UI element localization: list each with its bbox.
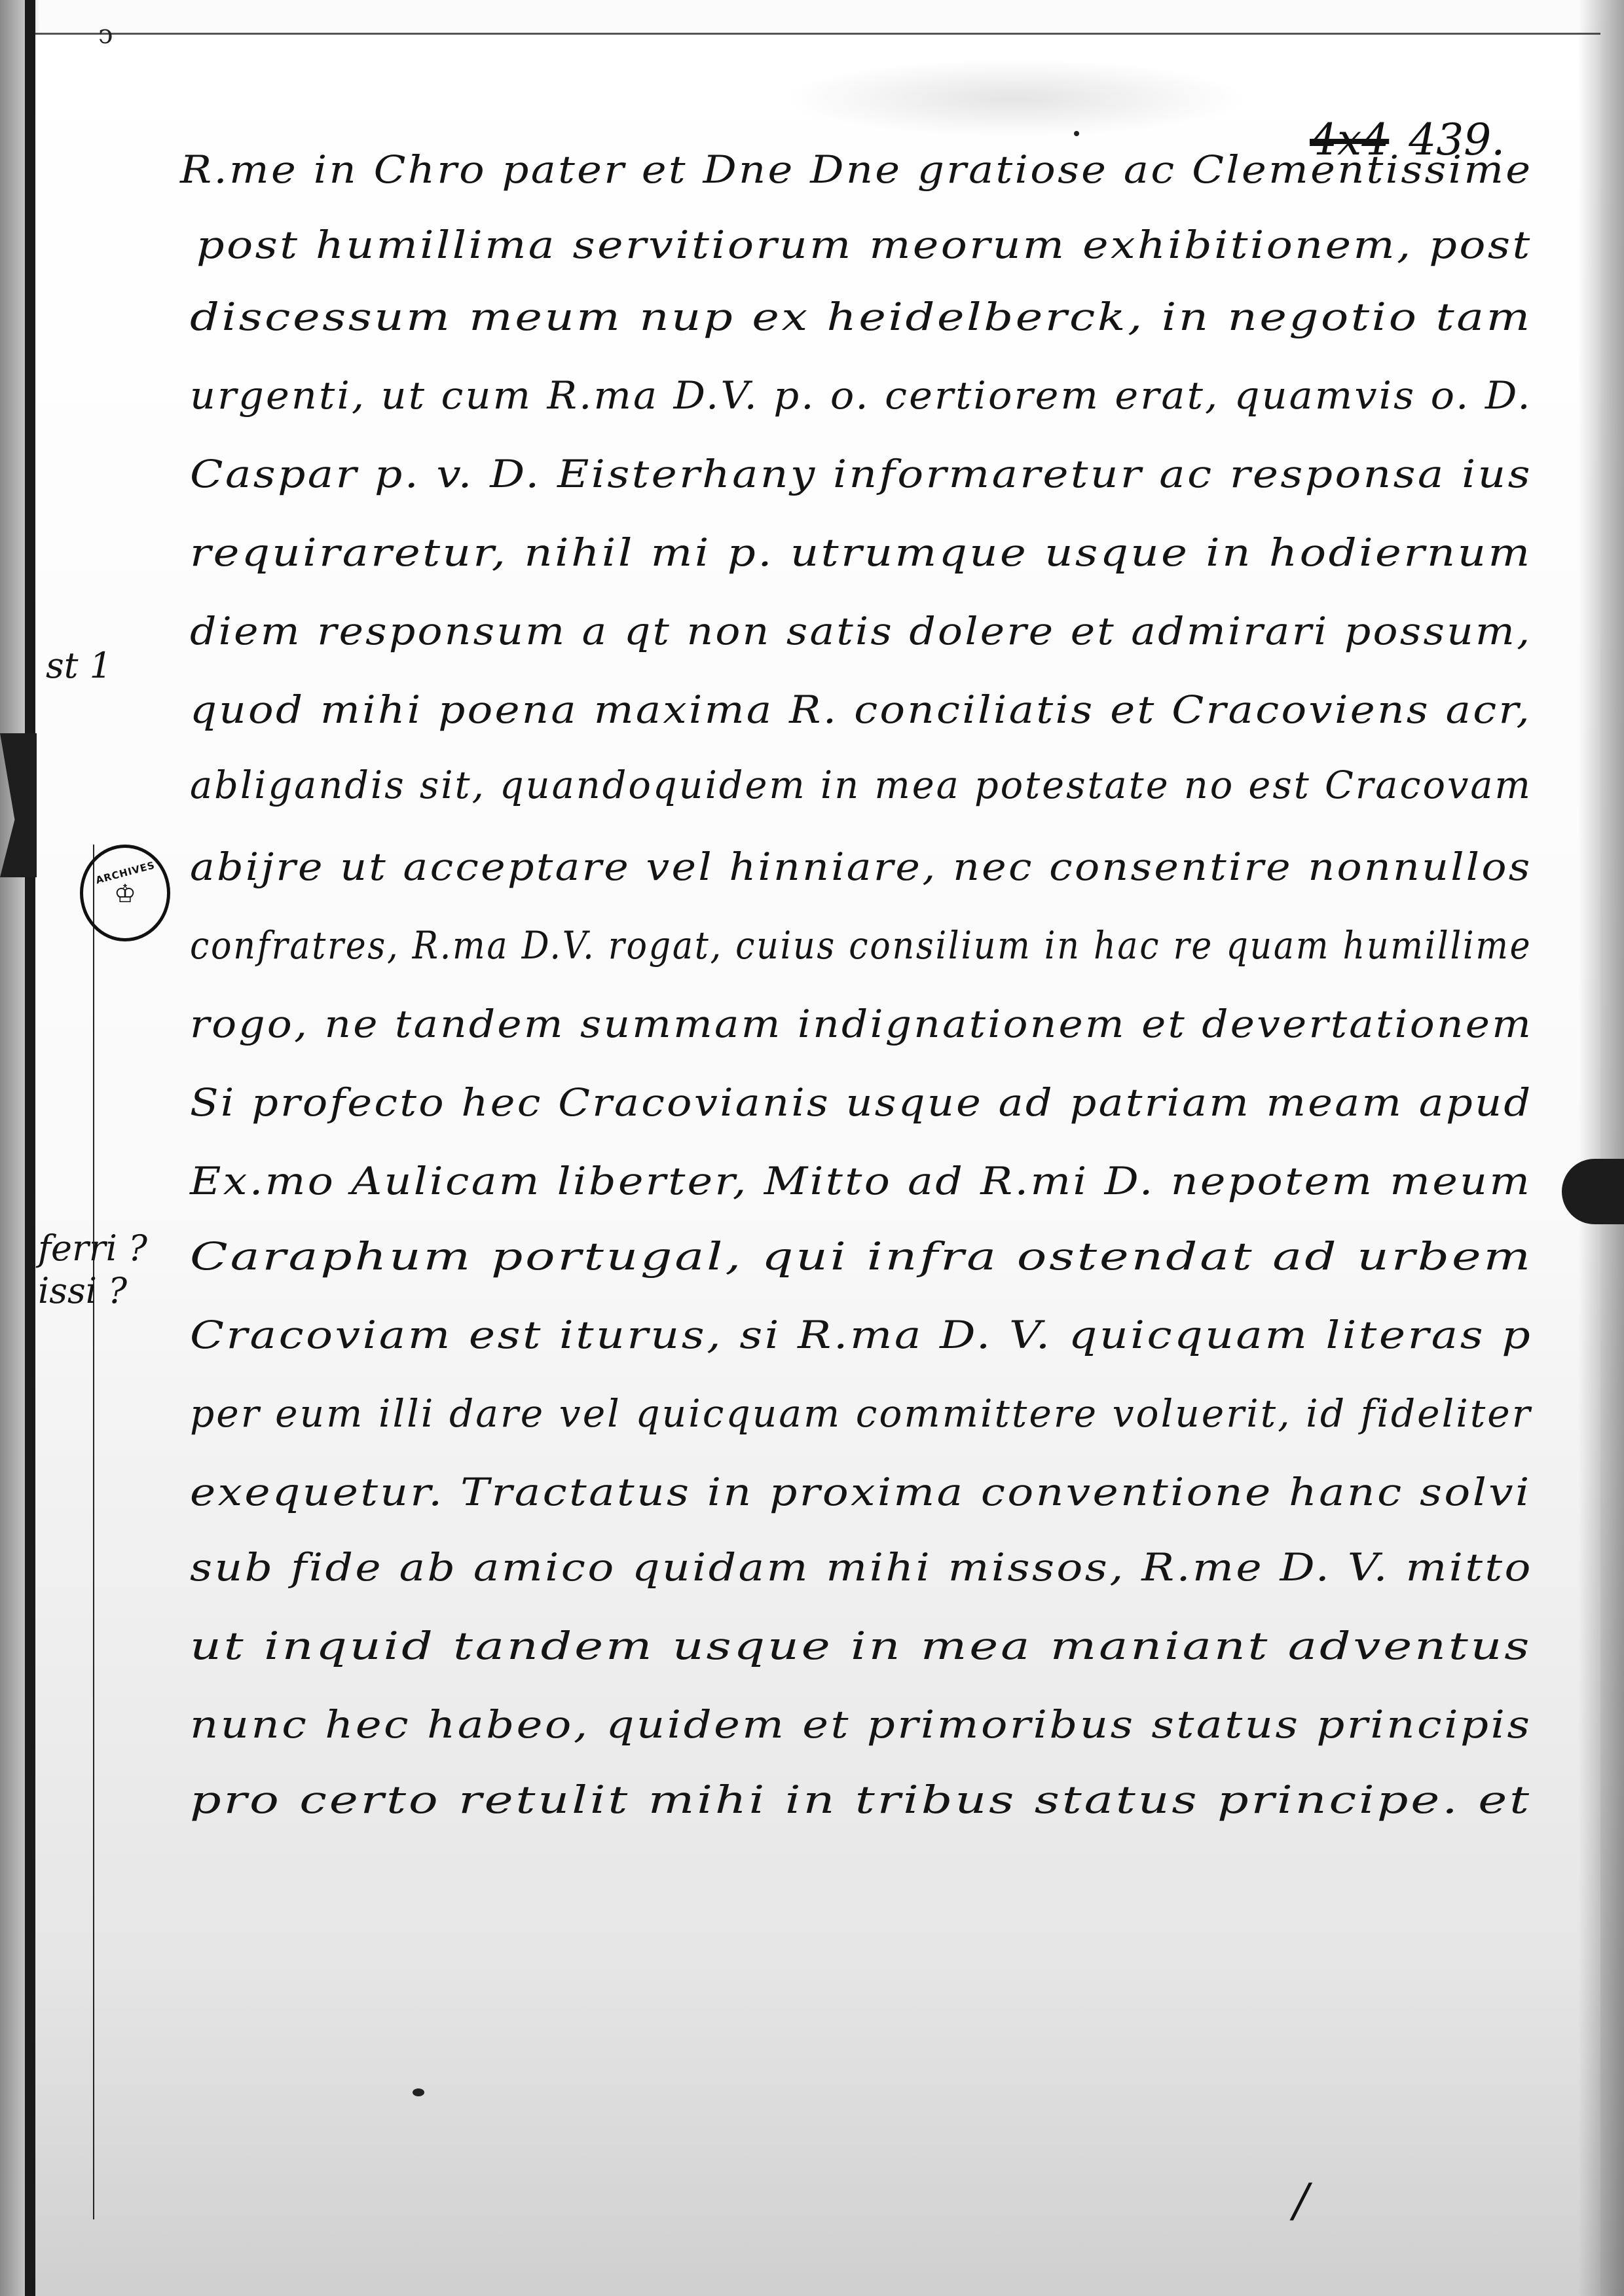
text-line: abijre ut acceptare vel hinniare, nec co… (190, 845, 1532, 889)
corner-mark: ↄ (98, 20, 113, 50)
text-line: R.me in Chro pater et Dne Dne gratiose a… (180, 147, 1532, 192)
bottom-stroke-mark: / (1293, 2174, 1309, 2227)
text-line: rogo, ne tandem summam indignationem et … (190, 1002, 1533, 1046)
text-line: ut inquid tandem usque in mea maniant ad… (190, 1624, 1532, 1668)
text-line: nunc hec habeo, quidem et primoribus sta… (190, 1702, 1532, 1747)
text-line: Si profecto hec Cracovianis usque ad pat… (190, 1080, 1532, 1125)
text-line: requiraretur, nihil mi p. utrumque usque… (190, 530, 1532, 575)
text-line: Ex.mo Aulicam liberter, Mitto ad R.mi D.… (190, 1159, 1532, 1203)
text-line: Caspar p. v. D. Eisterhany informaretur … (190, 452, 1532, 496)
binding-edge (25, 0, 35, 2296)
crown-shield-icon: ♔ (114, 881, 136, 906)
margin-note: st 1 (46, 645, 112, 686)
text-line: urgenti, ut cum R.ma D.V. p. o. certiore… (190, 373, 1532, 418)
margin-rule (93, 845, 94, 2219)
text-line: post humillima servitiorum meorum exhibi… (196, 223, 1532, 267)
text-line: confratres, R.ma D.V. rogat, cuius consi… (190, 923, 1532, 968)
text-line: diem responsum a qt non satis dolere et … (190, 609, 1532, 653)
ink-bleed-through (786, 59, 1244, 137)
ink-blot (413, 2088, 424, 2096)
text-line: Cracoviam est iturus, si R.ma D. V. quic… (190, 1313, 1532, 1357)
binding-tab (1562, 1159, 1624, 1224)
archive-stamp: ARCHIVES ♔ (80, 845, 170, 941)
text-line: discessum meum nup ex heidelberck, in ne… (190, 295, 1532, 339)
ink-dot (1074, 131, 1079, 136)
margin-note: ferri ? (38, 1228, 147, 1269)
page-edge-shadow (1578, 0, 1624, 2296)
margin-note: issi ? (38, 1270, 127, 1311)
text-line: exequetur. Tractatus in proxima conventi… (190, 1470, 1532, 1514)
text-line: pro certo retulit mihi in tribus status … (190, 1777, 1532, 1822)
text-line: abligandis sit, quandoquidem in mea pote… (190, 763, 1532, 807)
text-line: Caraphum portugal, qui infra ostendat ad… (190, 1234, 1533, 1279)
text-line: per eum illi dare vel quicquam committer… (190, 1391, 1532, 1436)
text-line: sub fide ab amico quidam mihi missos, R.… (190, 1545, 1533, 1590)
text-line: quod mihi poena maxima R. conciliatis et… (190, 687, 1532, 732)
